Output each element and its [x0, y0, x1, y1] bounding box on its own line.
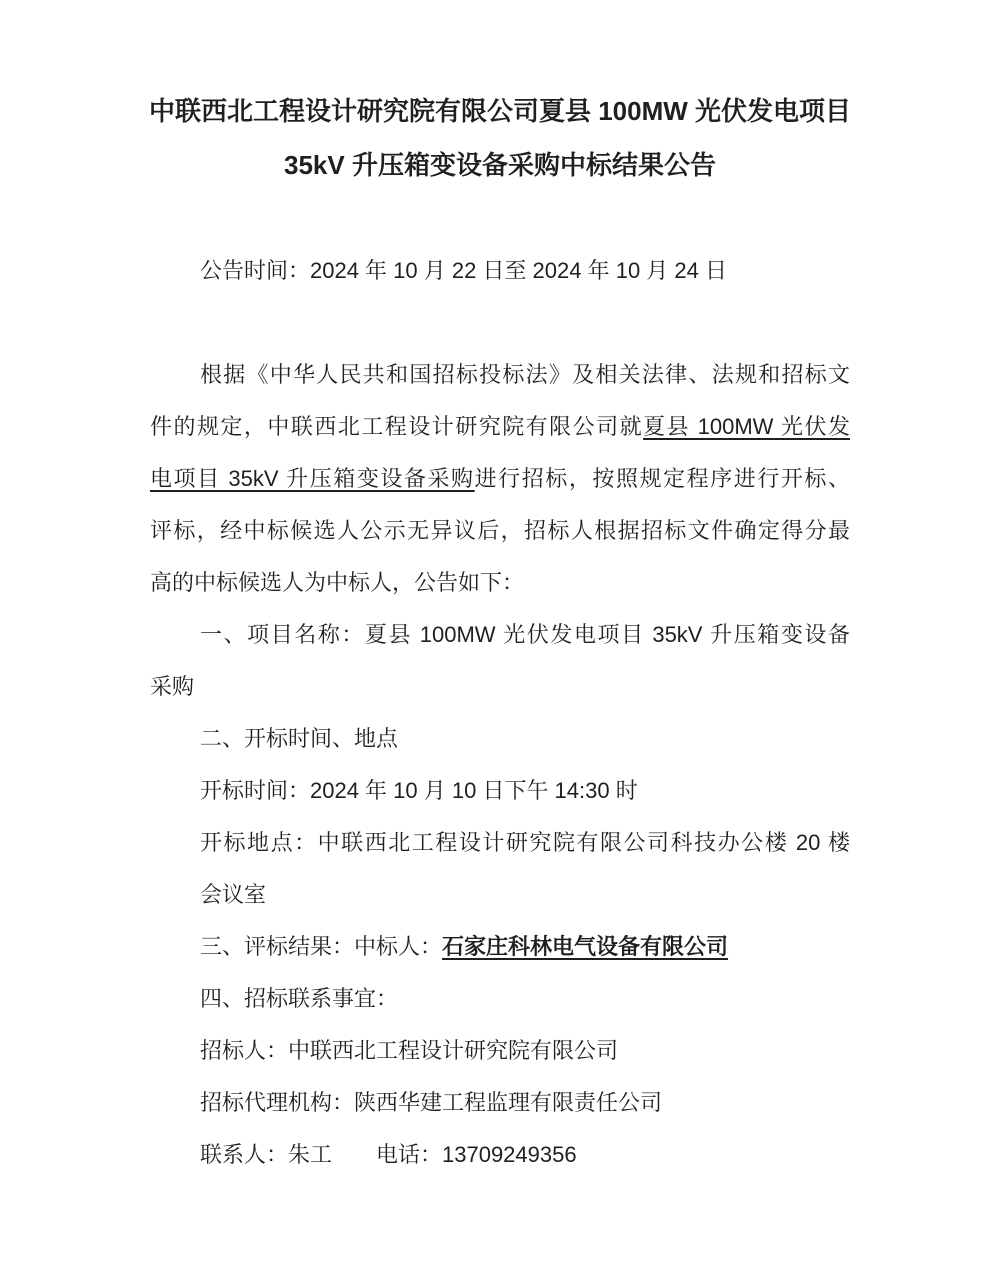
text-run: 联系人：朱工 电话：13709249356 [200, 1142, 577, 1167]
text-line: 招标人：中联西北工程设计研究院有限公司 [150, 1025, 850, 1077]
text-run: 招标代理机构：陕西华建工程监理有限责任公司 [200, 1090, 662, 1115]
text-line: 电项目 35kV 升压箱变设备采购进行招标，按照规定程序进行开标、 [150, 453, 850, 505]
document-title: 中联西北工程设计研究院有限公司夏县 100MW 光伏发电项目 35kV 升压箱变… [0, 0, 1000, 192]
title-line-2: 35kV 升压箱变设备采购中标结果公告 [0, 138, 1000, 192]
text-line: 招标代理机构：陕西华建工程监理有限责任公司 [150, 1077, 850, 1129]
text-run: 电项目 35kV 升压箱变设备采购 [150, 466, 475, 491]
text-line: 件的规定，中联西北工程设计研究院有限公司就夏县 100MW 光伏发 [150, 401, 850, 453]
text-run: 石家庄科林电气设备有限公司 [442, 934, 728, 959]
document-page: 中联西北工程设计研究院有限公司夏县 100MW 光伏发电项目 35kV 升压箱变… [0, 0, 1000, 1272]
text-run: 根据《中华人民共和国招标投标法》及相关法律、法规和招标文 [200, 362, 850, 387]
text-line: 三、评标结果：中标人：石家庄科林电气设备有限公司 [150, 921, 850, 973]
text-run: 公告时间：2024 年 10 月 22 日至 2024 年 10 月 24 日 [200, 258, 727, 283]
text-run: 件的规定，中联西北工程设计研究院有限公司就 [150, 414, 643, 439]
text-run: 开标时间：2024 年 10 月 10 日下午 14:30 时 [200, 778, 638, 803]
title-line-1: 中联西北工程设计研究院有限公司夏县 100MW 光伏发电项目 [0, 84, 1000, 138]
text-line: 评标，经中标候选人公示无异议后，招标人根据招标文件确定得分最 [150, 505, 850, 557]
text-run: 进行招标，按照规定程序进行开标、 [475, 466, 850, 491]
text-line: 公告时间：2024 年 10 月 22 日至 2024 年 10 月 24 日 [150, 245, 850, 297]
text-run: 三、评标结果：中标人： [200, 934, 442, 959]
text-line: 联系人：朱工 电话：13709249356 [150, 1129, 850, 1181]
text-line: 开标时间：2024 年 10 月 10 日下午 14:30 时 [150, 765, 850, 817]
text-line: 一、项目名称：夏县 100MW 光伏发电项目 35kV 升压箱变设备 [150, 609, 850, 661]
blank-line [150, 297, 850, 349]
text-line: 采购 [150, 661, 850, 713]
text-run: 开标地点：中联西北工程设计研究院有限公司科技办公楼 20 楼 [200, 830, 850, 855]
text-line: 四、招标联系事宜： [150, 973, 850, 1025]
text-line: 会议室 [150, 869, 850, 921]
text-run: 四、招标联系事宜： [200, 986, 398, 1011]
text-run: 招标人：中联西北工程设计研究院有限公司 [200, 1038, 618, 1063]
text-run: 评标，经中标候选人公示无异议后，招标人根据招标文件确定得分最 [150, 518, 850, 543]
text-run: 夏县 100MW 光伏发 [643, 414, 850, 439]
text-line: 开标地点：中联西北工程设计研究院有限公司科技办公楼 20 楼 [150, 817, 850, 869]
text-line: 根据《中华人民共和国招标投标法》及相关法律、法规和招标文 [150, 349, 850, 401]
text-run: 一、项目名称：夏县 100MW 光伏发电项目 35kV 升压箱变设备 [200, 622, 850, 647]
text-run: 二、开标时间、地点 [200, 726, 398, 751]
text-run: 会议室 [200, 882, 266, 907]
text-run: 采购 [150, 674, 194, 699]
text-run: 高的中标候选人为中标人，公告如下： [150, 570, 524, 595]
text-line: 二、开标时间、地点 [150, 713, 850, 765]
document-body-lines: 公告时间：2024 年 10 月 22 日至 2024 年 10 月 24 日根… [150, 245, 850, 1181]
text-line: 高的中标候选人为中标人，公告如下： [150, 557, 850, 609]
